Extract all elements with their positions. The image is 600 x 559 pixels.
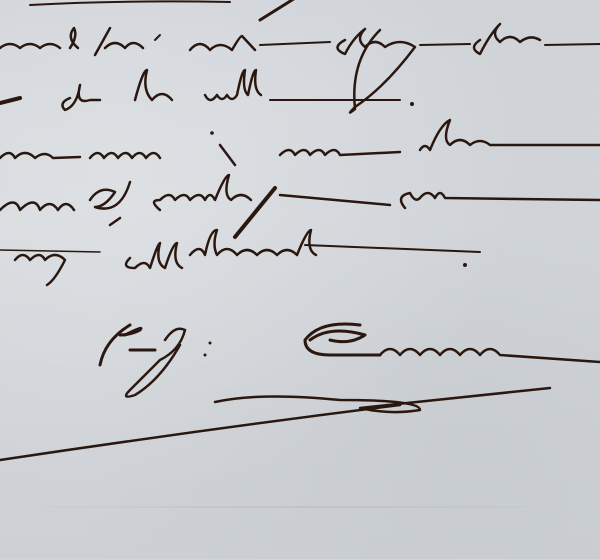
letter-line-3: Au revoir, mon cher — [0, 133, 261, 163]
letter-line-5: …temps attachement. — [0, 240, 289, 270]
letter-line-2: … de la veille. — [0, 78, 185, 108]
letter-line-4: …ssard, comptez sur mon — [0, 185, 341, 215]
signature: Gal Jl Cannon — [100, 320, 281, 350]
letter-line-1: …aujourd'hui sont dignes de — [0, 25, 377, 55]
letter-paper: …aujourd'hui sont dignes de … de la veil… — [0, 0, 600, 559]
